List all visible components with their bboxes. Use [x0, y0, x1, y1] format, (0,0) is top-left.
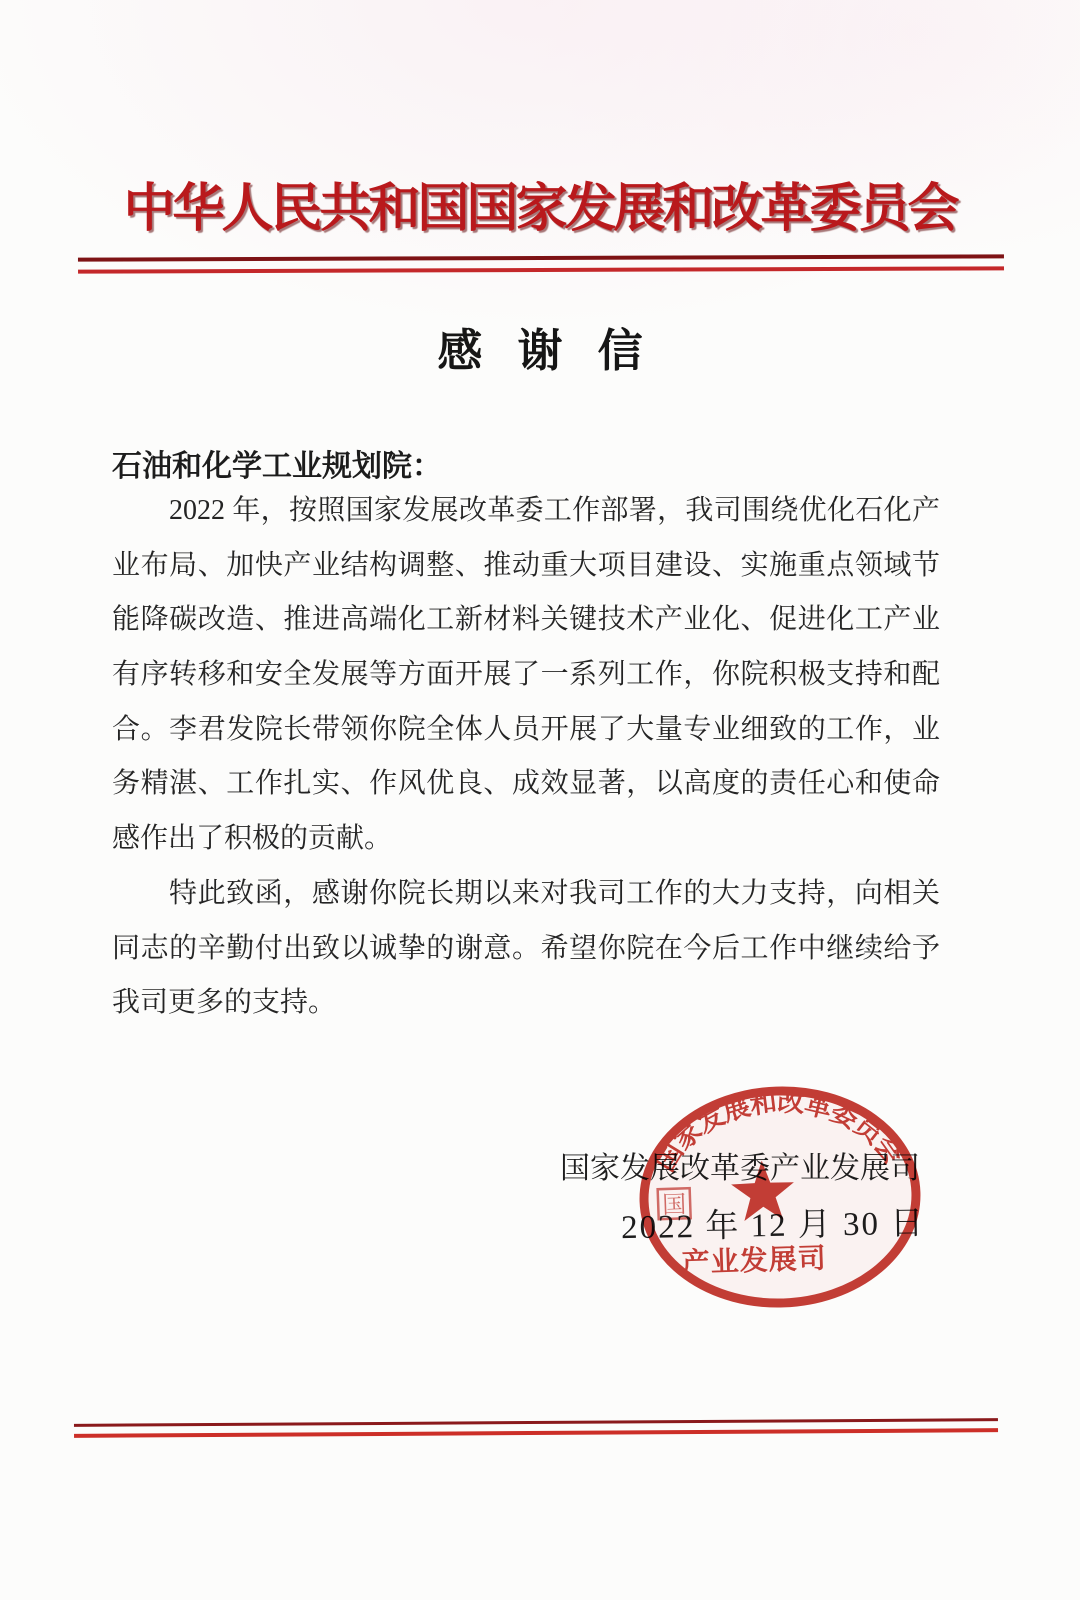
letter-body: 2022 年，按照国家发展改革委工作部署，我司围绕优化石化产 业布局、加快产业结…	[112, 484, 940, 1031]
body-line: 2022 年，按照国家发展改革委工作部署，我司围绕优化石化产	[112, 484, 940, 539]
seal-artifact-text: 国	[662, 1191, 687, 1219]
doc-title-wrap: 感谢信	[0, 314, 1080, 379]
footer-double-rule	[74, 1418, 998, 1438]
page-title: 感谢信	[437, 314, 677, 379]
body-line: 合。李君发院长带领你院全体人员开展了大量专业细致的工作，业	[112, 703, 940, 758]
seal-bottom-text: 产业发展司	[681, 1241, 827, 1279]
seal-artifact: 国	[658, 1188, 691, 1219]
official-seal: 国家发展和改革委员会 国 产业发展司	[626, 1072, 934, 1322]
body-line: 感作出了积极的贡献。	[112, 812, 940, 867]
body-line: 业布局、加快产业结构调整、推动重大项目建设、实施重点领域节	[112, 539, 940, 594]
body-line: 务精湛、工作扎实、作风优良、成效显著，以高度的责任心和使命	[112, 757, 940, 812]
letter-page: 中华人民共和国国家发展和改革委员会 感谢信 石油和化学工业规划院： 2022 年…	[0, 0, 1080, 1600]
salutation: 石油和化学工业规划院：	[112, 441, 442, 485]
body-line: 能降碳改造、推进高端化工新材料关键技术产业化、促进化工产业	[112, 593, 940, 648]
body-line: 特此致函，感谢你院长期以来对我司工作的大力支持，向相关	[112, 867, 940, 922]
body-line: 我司更多的支持。	[112, 976, 940, 1031]
org-name: 中华人民共和国国家发展和改革委员会	[0, 166, 1080, 241]
body-line: 同志的辛勤付出致以诚挚的谢意。希望你院在今后工作中继续给予	[112, 922, 940, 977]
header-double-rule	[78, 254, 1004, 273]
body-line: 有序转移和安全发展等方面开展了一系列工作，你院积极支持和配	[112, 648, 940, 703]
